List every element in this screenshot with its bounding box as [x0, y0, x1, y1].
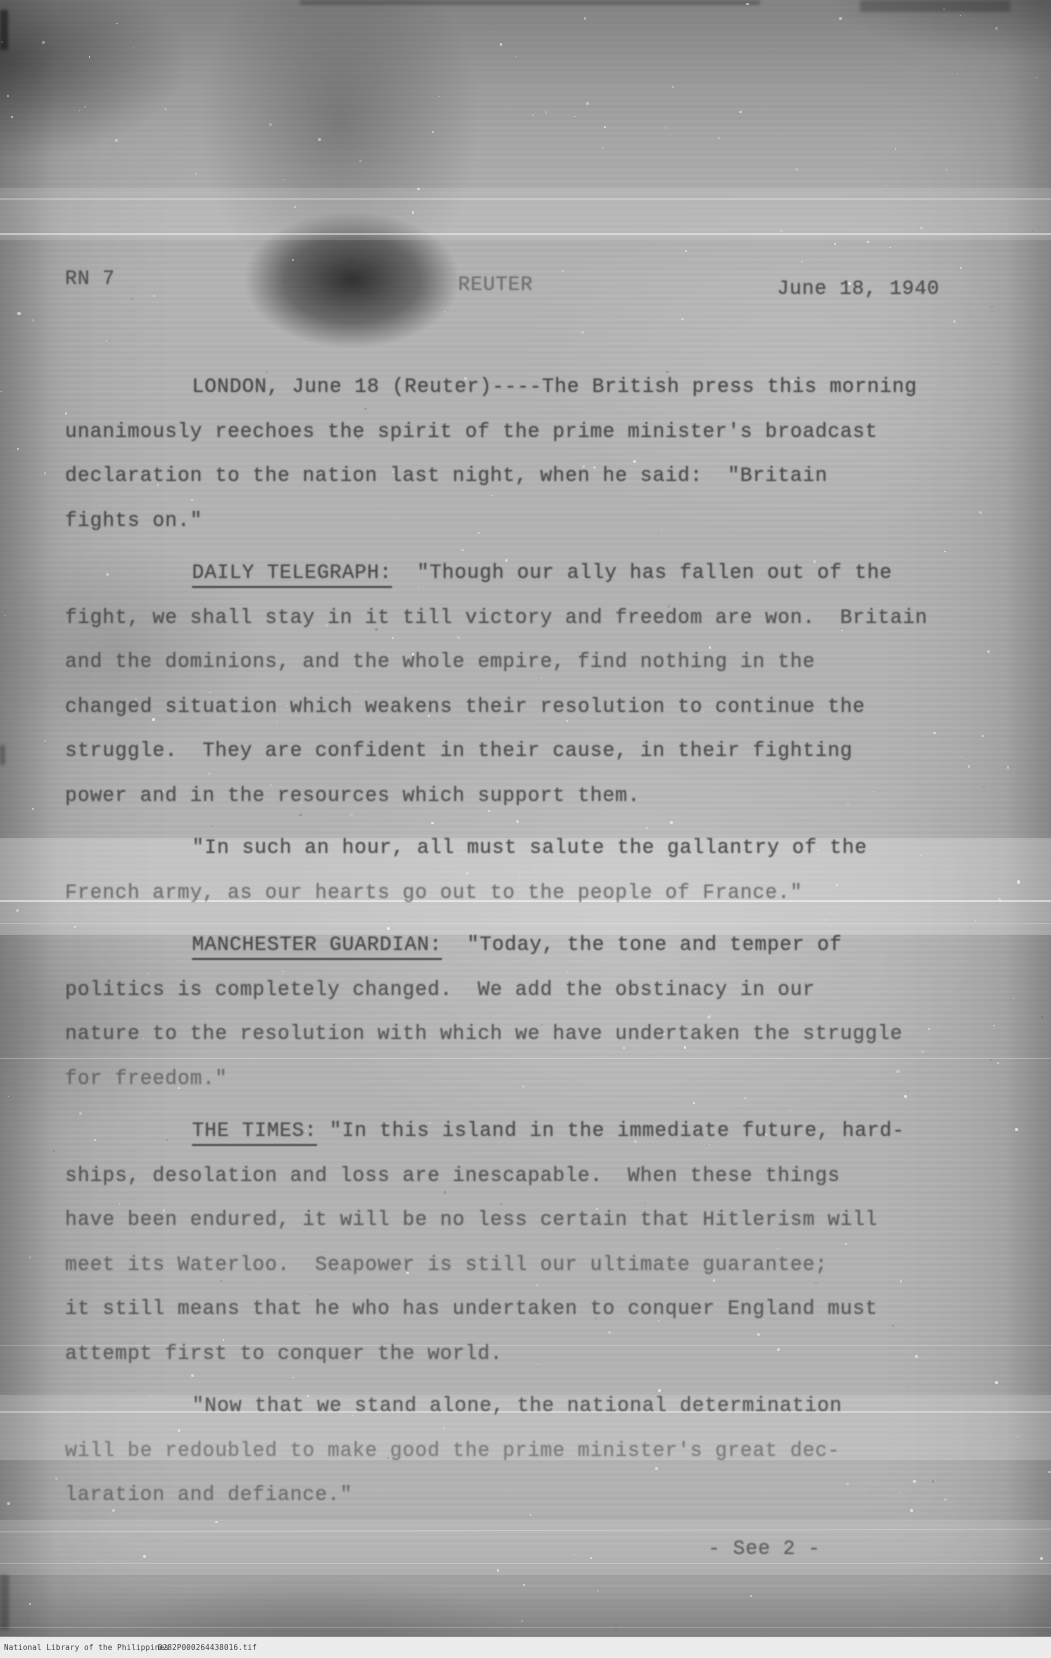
- edge-mark: [0, 745, 5, 765]
- typed-line: nature to the resolution with which we h…: [65, 1013, 965, 1058]
- typed-line: THE TIMES: "In this island in the immedi…: [65, 1110, 965, 1155]
- typed-line: "In such an hour, all must salute the ga…: [65, 827, 965, 872]
- scan-footer-bar: National Library of the Philippines D282…: [0, 1636, 1051, 1658]
- section-heading: MANCHESTER GUARDIAN:: [192, 934, 442, 960]
- typed-line: power and in the resources which support…: [65, 775, 965, 820]
- edge-mark: [860, 0, 1010, 12]
- typed-line: attempt first to conquer the world.: [65, 1333, 965, 1378]
- typed-line: struggle. They are confident in their ca…: [65, 730, 965, 775]
- typed-line: and the dominions, and the whole empire,…: [65, 641, 965, 686]
- typed-line: have been endured, it will be no less ce…: [65, 1199, 965, 1244]
- typed-line: it still means that he who has undertake…: [65, 1288, 965, 1333]
- typed-line: DAILY TELEGRAPH: "Though our ally has fa…: [65, 552, 965, 597]
- section-heading: THE TIMES:: [192, 1120, 317, 1146]
- dateline: June 18, 1940: [777, 278, 940, 301]
- scan-scratch-line: [0, 1529, 1051, 1533]
- typed-line: "Now that we stand alone, the national d…: [65, 1385, 965, 1430]
- typed-line: MANCHESTER GUARDIAN: "Today, the tone an…: [65, 924, 965, 969]
- scan-wash-band: [0, 188, 1051, 240]
- scan-wash-band: [0, 1520, 1051, 1575]
- typed-line: French army, as our hearts go out to the…: [65, 872, 965, 917]
- scanned-document-page: RN 7 REUTER June 18, 1940 LONDON, June 1…: [0, 0, 1051, 1658]
- agency-title: REUTER: [458, 274, 533, 297]
- edge-mark: [300, 0, 760, 5]
- scan-scratch-line: [0, 198, 1051, 200]
- typed-line: fights on.": [65, 500, 965, 545]
- typed-line: for freedom.": [65, 1058, 965, 1103]
- document-number: RN 7: [65, 268, 115, 291]
- typed-line: declaration to the nation last night, wh…: [65, 455, 965, 500]
- typed-line: politics is completely changed. We add t…: [65, 969, 965, 1014]
- typed-body: LONDON, June 18 (Reuter)----The British …: [65, 366, 965, 1519]
- typed-line: will be redoubled to make good the prime…: [65, 1430, 965, 1475]
- scan-scratch-line: [0, 1563, 1051, 1564]
- scan-file-id: D282P000264438016.tif: [158, 1643, 257, 1652]
- library-credit: National Library of the Philippines: [4, 1643, 169, 1652]
- typed-line: changed situation which weakens their re…: [65, 686, 965, 731]
- section-heading: DAILY TELEGRAPH:: [192, 562, 392, 588]
- page-continuation-ref: - See 2 -: [708, 1538, 821, 1561]
- typed-line: unanimously reechoes the spirit of the p…: [65, 411, 965, 456]
- typed-line: laration and defiance.": [65, 1474, 965, 1519]
- scan-scratch-line: [0, 233, 1051, 235]
- edge-mark: [0, 10, 8, 50]
- edge-mark: [0, 1575, 9, 1630]
- typed-line: meet its Waterloo. Seapower is still our…: [65, 1244, 965, 1289]
- typed-line: ships, desolation and loss are inescapab…: [65, 1155, 965, 1200]
- typed-line: fight, we shall stay in it till victory …: [65, 597, 965, 642]
- scan-scratch-line: [0, 1627, 1051, 1628]
- typed-line: LONDON, June 18 (Reuter)----The British …: [65, 366, 965, 411]
